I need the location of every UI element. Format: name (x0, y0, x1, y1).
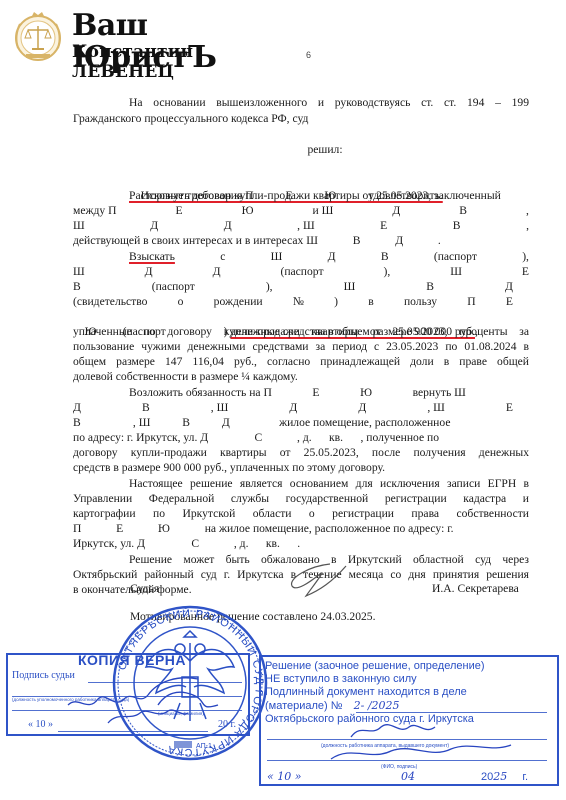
obligation-line: средств в размере 900 000 руб., уплаченн… (73, 460, 501, 475)
handwritten-signature-icon (321, 715, 521, 765)
case-number: (материале) № 2- /2025 (265, 699, 400, 713)
egrn-line: Иркутск, ул. Д С , д. кв. . (73, 536, 501, 551)
judge-signature-icon (280, 560, 350, 600)
egrn-line: Управлении Федеральной службы государств… (73, 491, 529, 506)
paragraph-recover: ВзыскатьсШДВ(паспорт), (101, 249, 529, 264)
legal-stamp-day: « 10 » (267, 770, 301, 784)
svg-text:АП-1: АП-1 (196, 743, 212, 750)
recover-line: долевой собственности в размере ¼ каждом… (73, 369, 501, 384)
legal-stamp-line: Решение (заочное решение, определение) (265, 660, 485, 673)
recover-line: общем размере 147 116,04 руб., согласно … (73, 354, 529, 369)
obligation-line: договору купли-продажи квартиры от 25.05… (73, 445, 529, 460)
logo: Ваш ЮристЪ Константин ЛЕВЕНЕЦ (10, 8, 300, 68)
obligation-line: В , Ш В Д жилое помещение, расположенное (73, 415, 501, 430)
recover-line: уплаченные по договору купли-продажи ква… (73, 324, 529, 339)
paragraph-egrn: Настоящее решение является основанием дл… (101, 476, 529, 491)
obligation-line: ДВ, ШДД, ШЕ (73, 400, 513, 415)
paragraph-terminate: Расторгнуть договор купли-продажи кварти… (101, 188, 529, 203)
legal-stamp-line: Подлинный документ находится в деле (265, 686, 467, 699)
recover-line: В(паспорт),ШВД (73, 279, 513, 294)
parties-line: между ПЕЮи ШДВ, (73, 203, 529, 218)
legal-stamp-year: 2025 г. (481, 770, 528, 784)
recover-line: пользование чужими денежными средствами … (73, 339, 529, 354)
parties-line: ШДД, ШЕВ, (73, 218, 529, 233)
court-seal-icon: ОКТЯБРЬСКИЙ РАЙОННЫЙ СУД ГОРОДА ИРКУТСКА… (110, 603, 270, 763)
double-headed-eagle-icon (146, 631, 234, 721)
page-number: 6 (306, 50, 311, 60)
egrn-line: картографии по Иркутской области о регис… (73, 506, 529, 521)
recover-line: ШДД(паспорт),ШЕ (73, 264, 529, 279)
intro-line: На основании вышеизложенного и руководст… (101, 95, 529, 110)
scales-of-justice-emblem-icon (10, 8, 66, 64)
recover-highlight: Взыскать (129, 249, 175, 264)
recover-line: (свидетельствоорождении№)впользуПЕ (73, 294, 513, 309)
logo-subtitle: Константин ЛЕВЕНЕЦ (72, 42, 300, 82)
legal-stamp-status: НЕ вступило в законную силу (265, 673, 417, 686)
obligation-line: по адресу: г. Иркутск, ул. Д С , д. кв. … (73, 430, 501, 445)
paragraph-obligation: Возложить обязанность на П Е Ю вернуть Ш (101, 385, 529, 400)
egrn-line: П Е Ю на жилое помещение, расположенное … (73, 521, 501, 536)
parties-line: действующей в своих интересах и в интере… (73, 233, 501, 248)
legal-stamp-month: 04 (401, 770, 415, 784)
judge-name: И.А. Секретарева (432, 582, 519, 595)
decided-heading: решил: (111, 142, 539, 157)
intro-line: Гражданского процессуального кодекса РФ,… (73, 111, 501, 126)
judge-label: Судья (130, 582, 159, 595)
legal-force-stamp: Решение (заочное решение, определение) Н… (259, 655, 559, 786)
terminate-contract-highlight: Расторгнуть договор купли-продажи кварти… (129, 189, 428, 202)
